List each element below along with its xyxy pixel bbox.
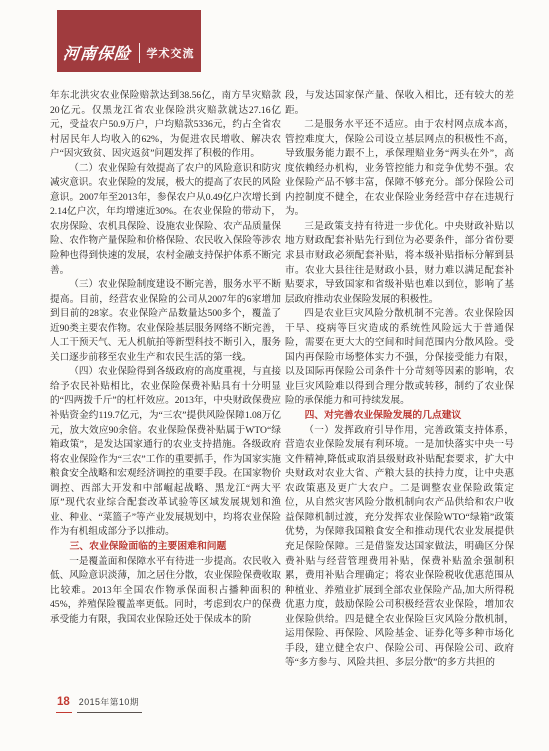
paragraph: 二是服务水平还不适应。由于农村网点成本高，管控难度大，保险公司设立基层网点的积极… <box>285 118 514 220</box>
issue-label: 2015年第10期 <box>77 697 142 713</box>
paragraph: （二）农业保险有效提高了农户的风险意识和防灾减灾意识。农业保险的发展，极大的提高… <box>50 162 281 278</box>
page-number: 18 <box>56 696 72 713</box>
paragraph: 年东北洪灾农业保险赔款达到38.56亿，南方旱灾赔款20亿元。仅黑龙江省农业保险… <box>50 89 281 162</box>
section-label: 学术交流 <box>147 45 195 63</box>
journal-brand-logo: 河南保险 <box>63 45 133 63</box>
paragraph: 段，与发达国家保产量、保收入相比，还有较大的差距。 <box>285 89 514 118</box>
banner-divider <box>139 43 140 63</box>
section-heading-problems: 三、农业保险面临的主要困难和问题 <box>50 540 281 555</box>
paragraph: （三）农业保险制度建设不断完善，服务水平不断提高。目前，经营农业保险的公司从20… <box>50 278 281 365</box>
paragraph: （一）发挥政府引导作用，完善政策支持体系，营造农业保险发展有利环境。一是加快落实… <box>285 424 514 671</box>
journal-page: { "banner": { "brand": "河南保险", "section"… <box>0 0 549 751</box>
right-column: 段，与发达国家保产量、保收入相比，还有较大的差距。 二是服务水平还不适应。由于农… <box>285 89 514 671</box>
section-heading-suggestions: 四、对完善农业保险发展的几点建议 <box>285 409 514 424</box>
journal-banner: 河南保险 学术交流 <box>57 10 201 72</box>
paragraph: （四）农业保险得到各级政府的高度重视，与直接给予农民补贴相比，农业保险保费补贴具… <box>50 365 281 540</box>
page-footer: 18 2015年第10期 <box>56 696 142 713</box>
paragraph: 四是农业巨灾风险分散机制不完善。农业保险因干旱、疫病等巨灾造成的系统性风险远大于… <box>285 307 514 409</box>
paragraph: 三是政策支持有待进一步优化。中央财政补贴以地方财政配套补贴先行到位为必要条件，部… <box>285 220 514 307</box>
paragraph: 一是覆盖面和保障水平有待进一步提高。农民收入低、风险意识淡薄，加之居住分散，农业… <box>50 555 281 628</box>
left-column: 年东北洪灾农业保险赔款达到38.56亿，南方旱灾赔款20亿元。仅黑龙江省农业保险… <box>50 89 281 627</box>
